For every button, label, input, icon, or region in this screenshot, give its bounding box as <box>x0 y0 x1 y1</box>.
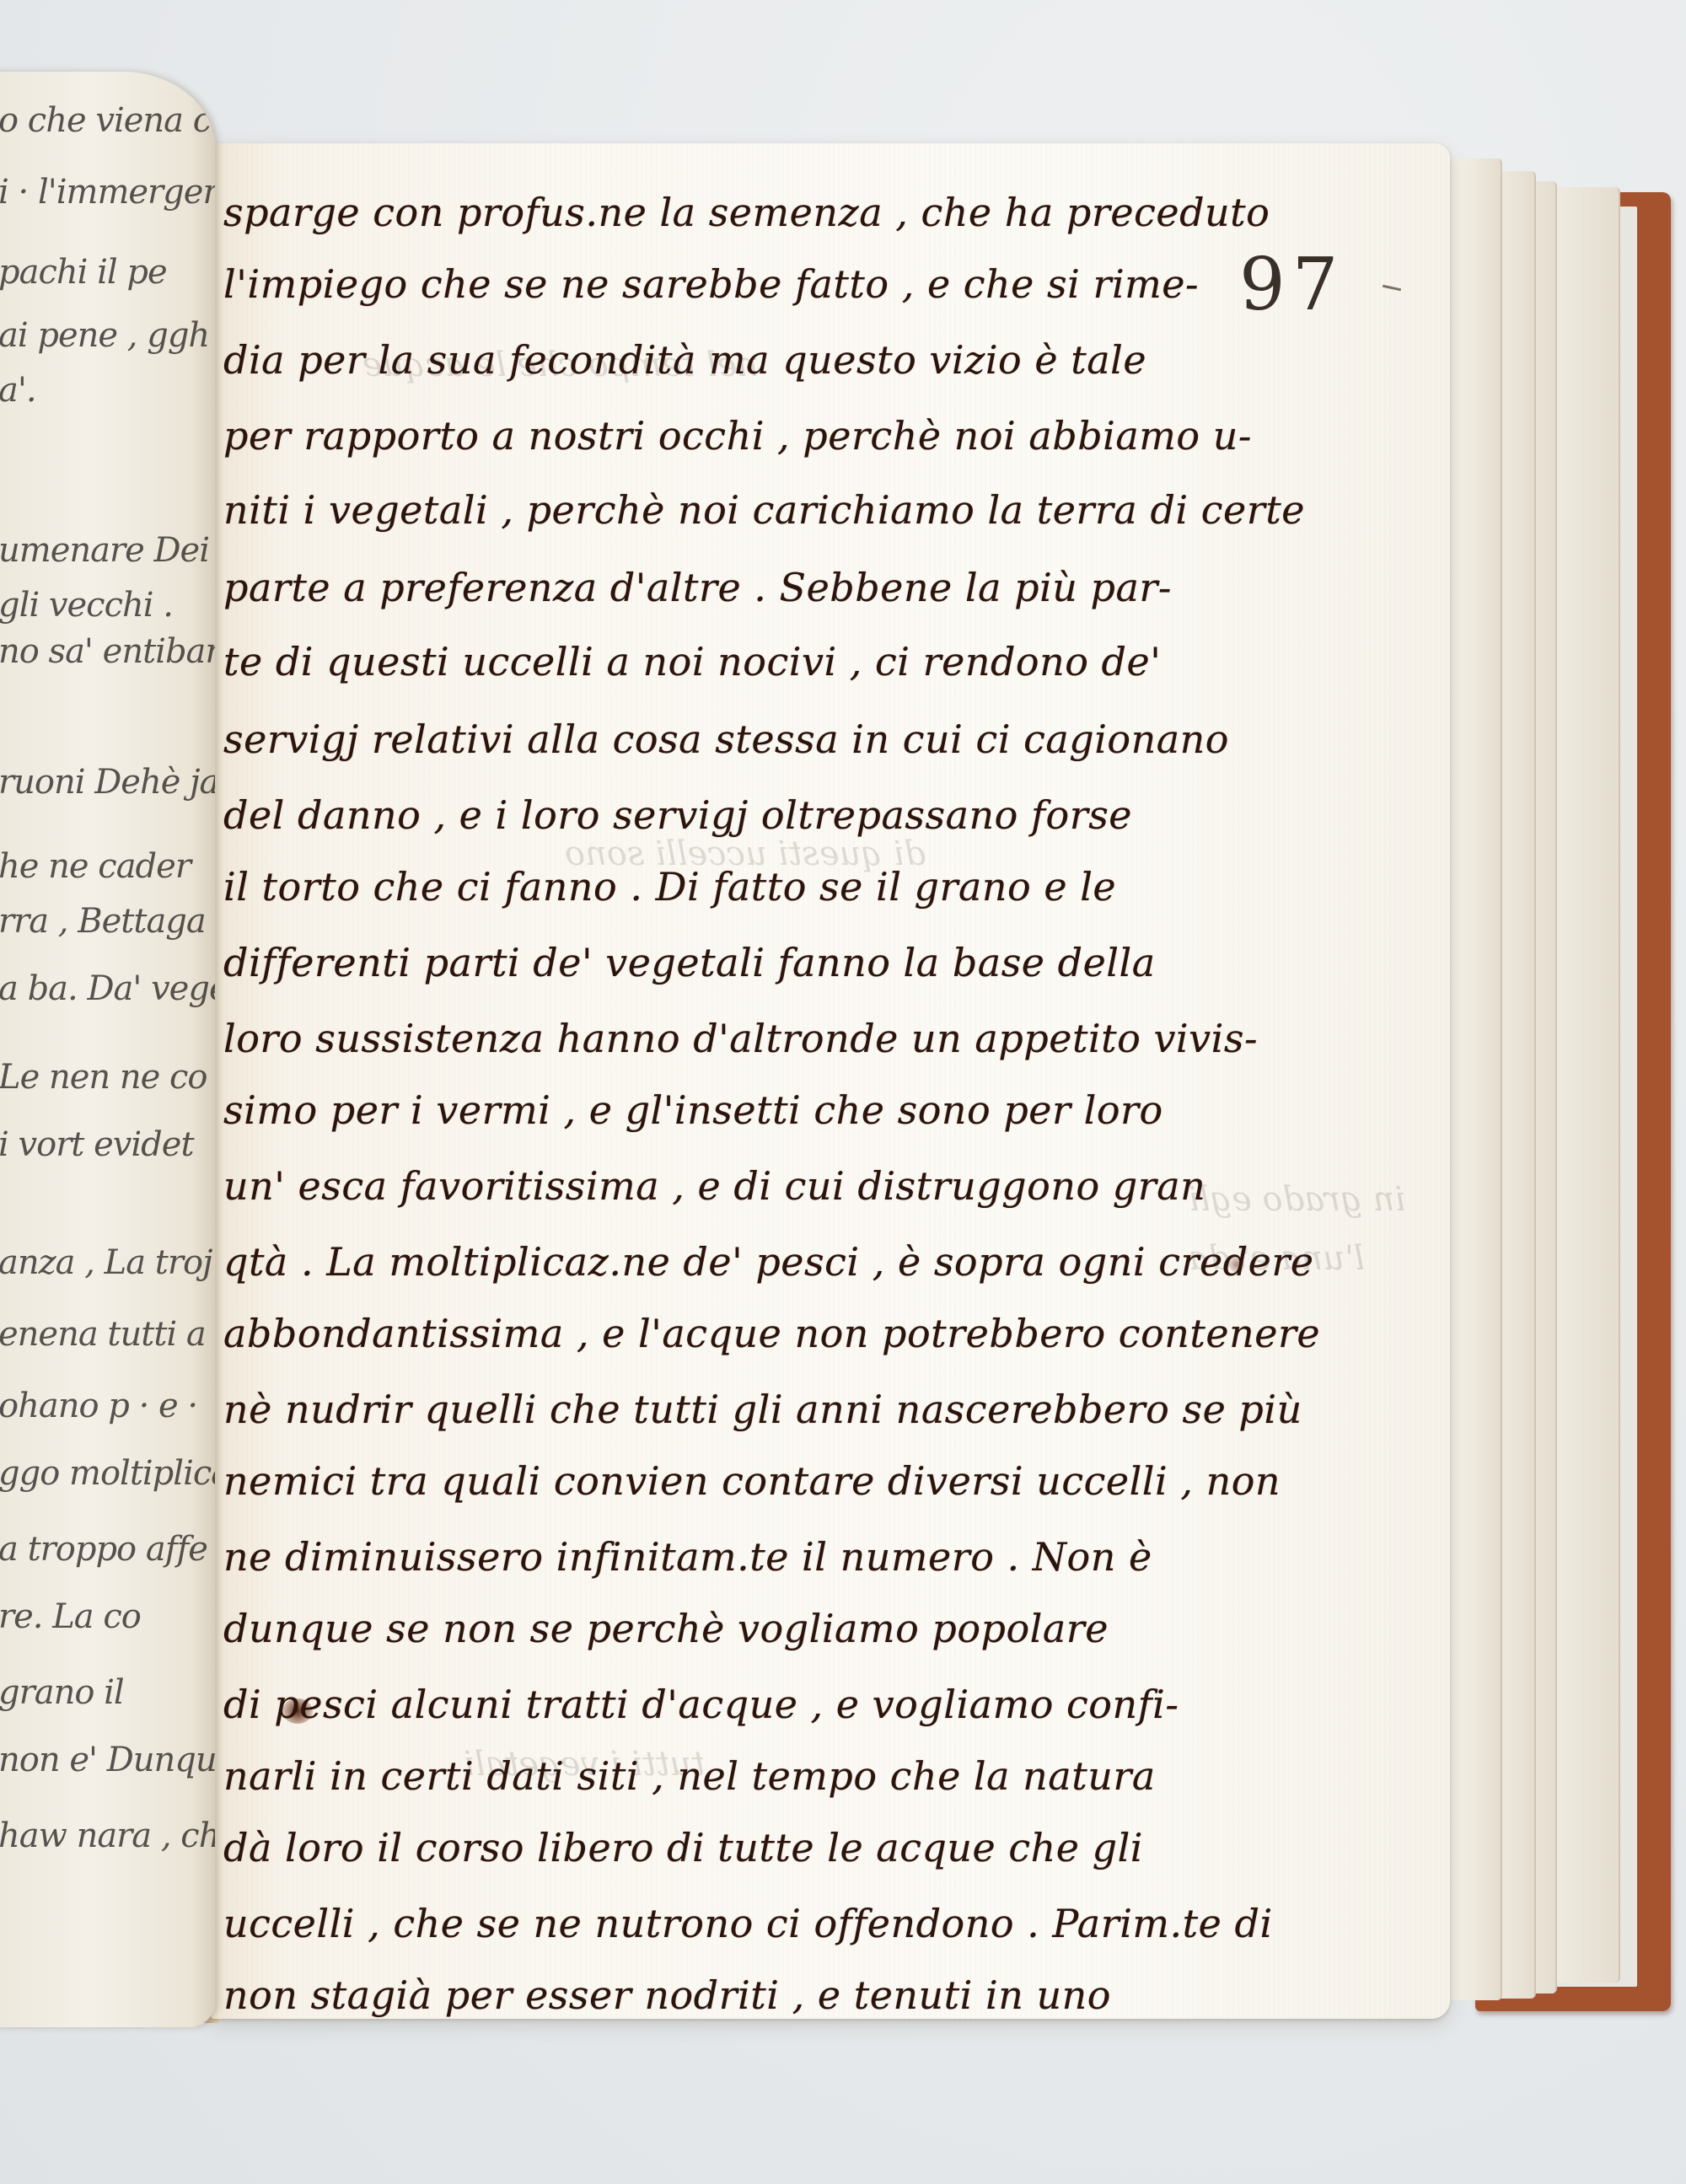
manuscript-line: simo per i vermi , e gl'insetti che sono… <box>223 1087 1163 1133</box>
facing-page-line: i · l'immergens <box>0 173 215 212</box>
manuscript-line: parte a preferenza d'altre . Sebbene la … <box>223 565 1172 610</box>
facing-page-line: rra , Bettaga p <box>0 902 215 941</box>
facing-page-line: i vort evidet <box>0 1125 194 1164</box>
facing-page-line: a'. <box>0 371 36 410</box>
facing-page-line: enena tutti a g <box>0 1315 215 1354</box>
manuscript-line: servigj relativi alla cosa stessa in cui… <box>223 716 1229 762</box>
facing-page-line: a troppo affe <box>0 1530 207 1569</box>
facing-page-line: ohano p · e · <box>0 1387 197 1425</box>
facing-page-curl: o che viena che i · l'immergens pachi il… <box>0 72 215 2027</box>
manuscript-line: uccelli , che se ne nutrono ci offendono… <box>223 1901 1273 1946</box>
facing-page-line: pachi il pe <box>0 253 167 292</box>
manuscript-line: dia per la sua fecondità ma questo vizio… <box>223 337 1146 383</box>
manuscript-line: ne diminuissero infinitam.te il numero .… <box>223 1534 1152 1580</box>
page-number: 97 <box>1239 243 1345 327</box>
facing-page-line: ai pene , ggh <box>0 316 209 355</box>
manuscript-line: l'impiego che se ne sarebbe fatto , e ch… <box>223 261 1199 307</box>
manuscript-line: niti i vegetali , perchè noi carichiamo … <box>223 487 1305 533</box>
manuscript-line: per rapporto a nostri occhi , perchè noi… <box>223 413 1252 459</box>
manuscript-line: differenti parti de' vegetali fanno la b… <box>223 940 1156 985</box>
facing-page-line: non e' Dunque <box>0 1741 215 1779</box>
manuscript-line: qtà . La moltiplicaz.ne de' pesci , è so… <box>223 1239 1314 1285</box>
manuscript-line: del danno , e i loro servigj oltrepassan… <box>223 792 1132 838</box>
facing-page-line: grano il <box>0 1673 124 1712</box>
facing-page-line: gli vecchi . <box>0 586 173 625</box>
manuscript-line: un' esca favoritissima , e di cui distru… <box>223 1163 1205 1209</box>
facing-page-line: no sa' entibar <box>0 632 215 671</box>
manuscript-line: loro sussistenza hanno d'altronde un app… <box>223 1016 1258 1061</box>
facing-page-line: haw nara , che <box>0 1816 215 1855</box>
facing-page-line: umenare Dei <box>0 531 209 570</box>
bleed-through-text: in grado egli <box>1189 1180 1405 1219</box>
facing-page-line: anza , La troj <box>0 1243 212 1282</box>
facing-page-line: ruoni Dehè ja' <box>0 763 215 802</box>
facing-page-line: he ne cader <box>0 847 191 886</box>
manuscript-line: non stagià per esser nodriti , e tenuti … <box>223 1972 1111 2018</box>
facing-page-line: re. La co <box>0 1597 141 1636</box>
manuscript-line: abbondantissima , e l'acque non potrebbe… <box>223 1311 1320 1356</box>
manuscript-line: nemici tra quali convien contare diversi… <box>223 1458 1281 1504</box>
manuscript-line: nè nudrir quelli che tutti gli anni nasc… <box>223 1387 1302 1432</box>
facing-page-line: a ba. Da' vegeta <box>0 969 215 1008</box>
manuscript-line: sparge con profus.ne la semenza , che ha… <box>223 190 1270 235</box>
manuscript-line: dà loro il corso libero di tutte le acqu… <box>223 1825 1143 1870</box>
manuscript-line: dunque se non se perchè vogliamo popolar… <box>223 1606 1109 1651</box>
facing-page-line: ggo moltiplica <box>0 1454 215 1493</box>
manuscript-line: te di questi uccelli a noi nocivi , ci r… <box>223 639 1161 684</box>
manuscript-line: narli in certi dati siti , nel tempo che… <box>223 1753 1156 1799</box>
manuscript-line: il torto che ci fanno . Di fatto se il g… <box>223 864 1116 910</box>
facing-page-line: Le nen ne co <box>0 1058 207 1097</box>
manuscript-line: di pesci alcuni tratti d'acque , e vogli… <box>223 1682 1179 1727</box>
facing-page-line: o che viena che <box>0 101 215 140</box>
